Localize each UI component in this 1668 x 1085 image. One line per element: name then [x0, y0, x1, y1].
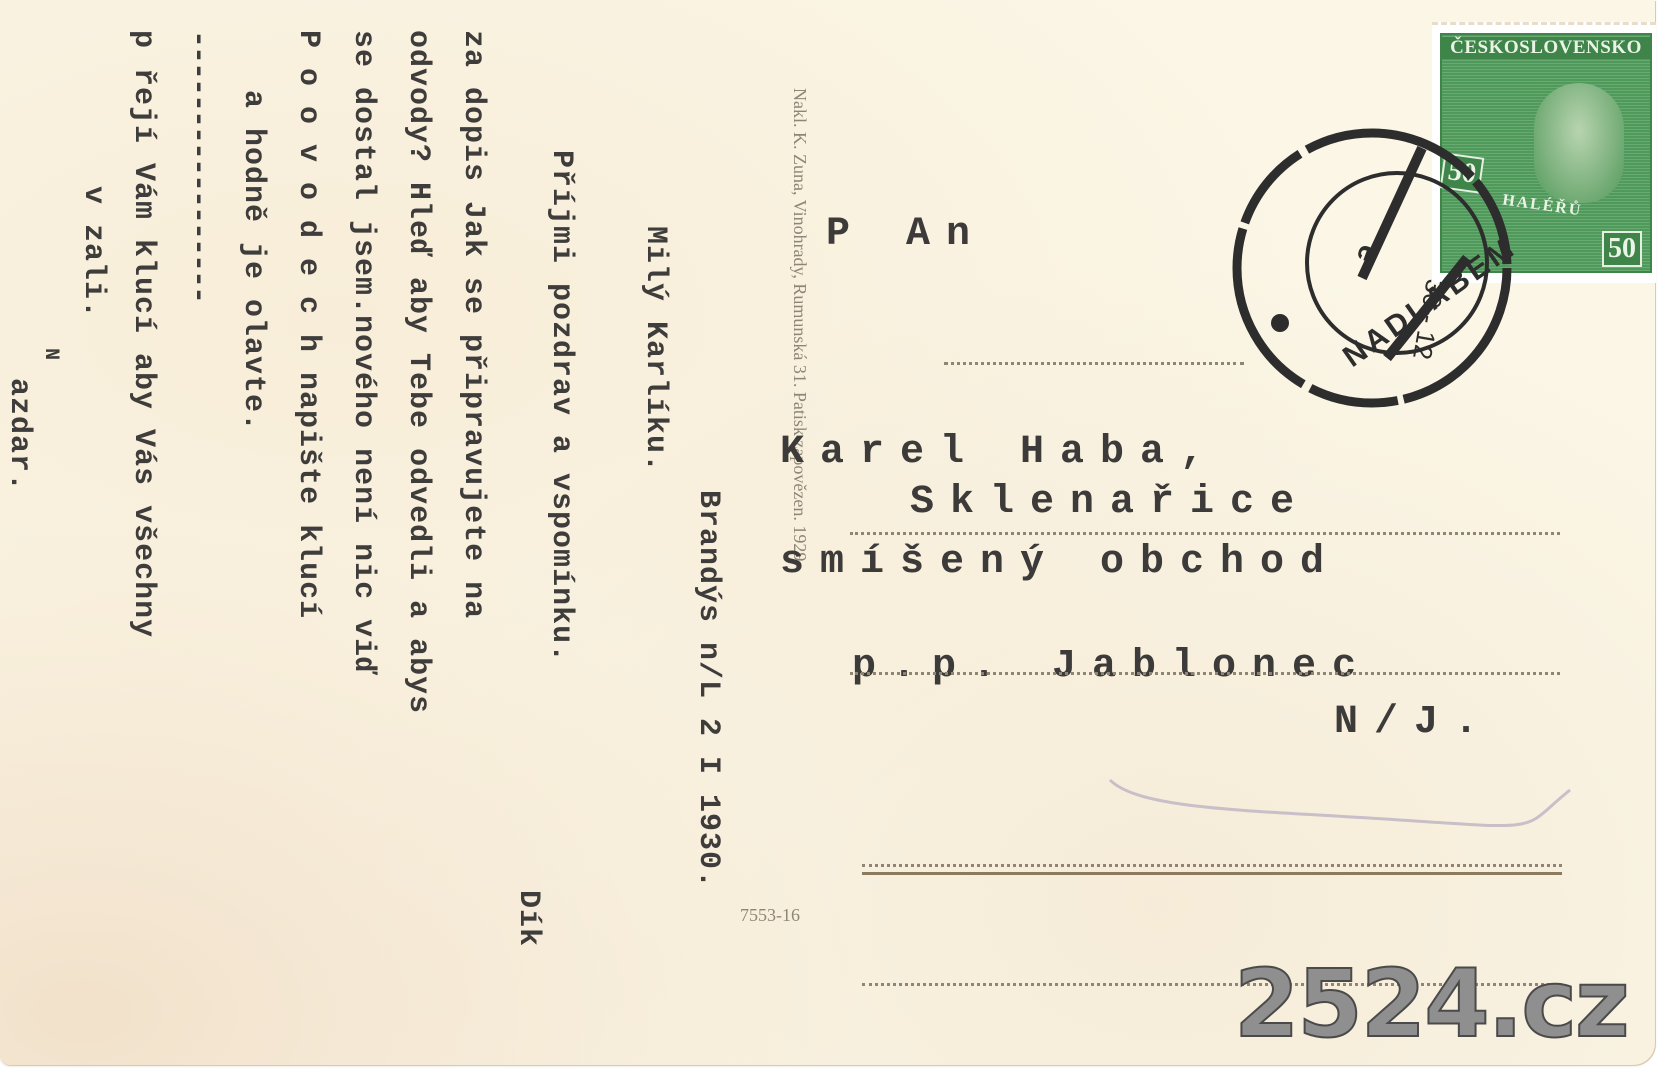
- address-line-1: [944, 362, 1244, 365]
- catalog-number: 7553-16: [740, 905, 800, 926]
- message-line-7: a hodně je olavte.: [236, 90, 270, 432]
- greeting: Milý Karlíku.: [638, 226, 672, 473]
- address-post-office: p.p. Jablonec: [852, 644, 1372, 689]
- address-region: N/J.: [1334, 700, 1494, 745]
- address-underline: [862, 872, 1562, 875]
- address-occupation: smíšený obchod: [780, 540, 1340, 585]
- address-line-2: [850, 532, 1560, 535]
- address-line-3: [850, 672, 1560, 675]
- postmark-cancel: e 30 - 12 NADLABEM: [1222, 118, 1522, 418]
- message-line-3: za dopis Jak se připravujete na: [456, 30, 490, 619]
- address-name: Karel Haba,: [780, 430, 1220, 475]
- stamp-country: ČESKOSLOVENSKO: [1442, 37, 1650, 59]
- stamp-value-right: 50: [1602, 231, 1642, 267]
- watermark-2524cz: 2524.cz: [1234, 950, 1628, 1059]
- message-line-2: Dík: [511, 890, 545, 947]
- message-line-1: Příjmi pozdrav a vspomínku.: [544, 150, 578, 663]
- message-line-5: se dostal jsem.nového není nic viď: [346, 30, 380, 676]
- closing-line-1: p řejí Vám klucí aby Vás všechny: [126, 30, 160, 638]
- publisher-imprint: Nakl. K. Zuna, Vinohrady, Rumunská 31. P…: [789, 88, 810, 566]
- stamp-portrait: [1534, 83, 1624, 203]
- address-place: Sklenařice: [910, 480, 1310, 525]
- closing-line-4: azdar.: [2, 378, 36, 492]
- address-line-4: [862, 864, 1562, 867]
- message-line-4: odvody? Hleď aby Tebe odvedli a abys: [401, 30, 435, 714]
- closing-n: N: [39, 348, 62, 361]
- message-line-6: P o o v o d e c h napište klucí: [291, 30, 325, 619]
- pen-stroke: [1100, 740, 1600, 860]
- place-date: Brandýs n/L 2 I 1930.: [691, 490, 725, 889]
- closing-line-2: v zali.: [76, 186, 110, 319]
- address-salutation: P An: [826, 212, 986, 257]
- separator: -----------------: [181, 30, 215, 302]
- postcard-back: Brandýs n/L 2 I 1930. Milý Karlíku. Příj…: [0, 0, 1655, 1065]
